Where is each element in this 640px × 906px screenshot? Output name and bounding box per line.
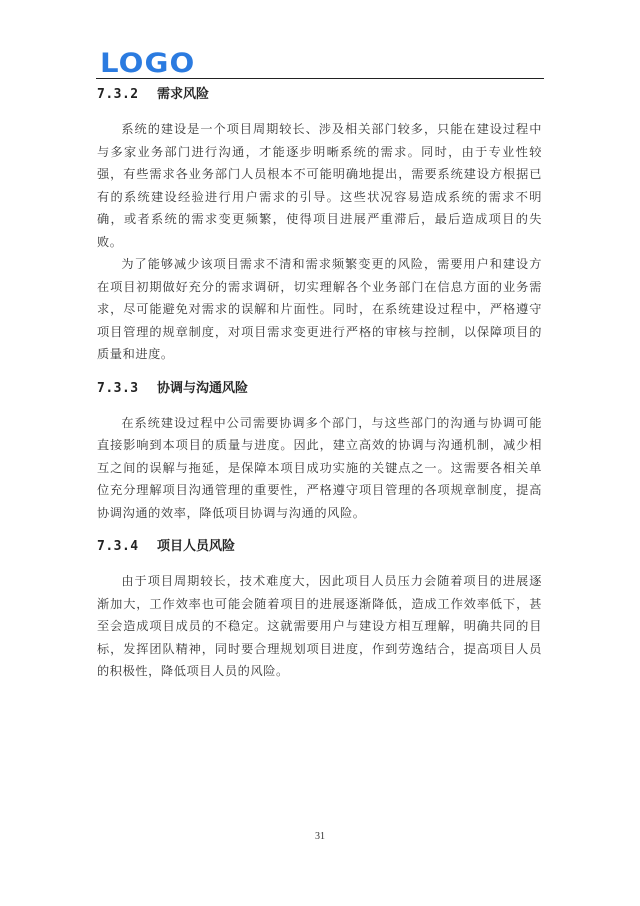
paragraph: 为了能够减少该项目需求不清和需求频繁变更的风险，需要用户和建设方在项目初期做好充… xyxy=(97,253,542,366)
section-coordination-risk: 7.3.3 协调与沟通风险 在系统建设过程中公司需要协调多个部门，与这些部门的沟… xyxy=(97,378,542,525)
section-title: 项目人员风险 xyxy=(157,536,235,558)
section-number: 7.3.3 xyxy=(97,378,157,400)
paragraph: 在系统建设过程中公司需要协调多个部门，与这些部门的沟通与协调可能直接影响到本项目… xyxy=(97,412,542,525)
section-number: 7.3.4 xyxy=(97,536,157,558)
section-personnel-risk: 7.3.4 项目人员风险 由于项目周期较长，技术难度大，因此项目人员压力会随着项… xyxy=(97,536,542,683)
section-requirement-risk: 7.3.2 需求风险 系统的建设是一个项目周期较长、涉及相关部门较多，只能在建设… xyxy=(97,84,542,366)
section-title: 协调与沟通风险 xyxy=(157,378,248,400)
section-heading: 7.3.2 需求风险 xyxy=(97,84,542,106)
paragraph: 由于项目周期较长，技术难度大，因此项目人员压力会随着项目的进展逐渐加大，工作效率… xyxy=(97,570,542,683)
logo: LOGO xyxy=(100,50,195,77)
section-number: 7.3.2 xyxy=(97,84,157,106)
page-number: 31 xyxy=(0,831,640,842)
section-heading: 7.3.3 协调与沟通风险 xyxy=(97,378,542,400)
paragraph: 系统的建设是一个项目周期较长、涉及相关部门较多，只能在建设过程中与多家业务部门进… xyxy=(97,118,542,253)
section-title: 需求风险 xyxy=(157,84,209,106)
document-page: LOGO 7.3.2 需求风险 系统的建设是一个项目周期较长、涉及相关部门较多，… xyxy=(0,0,640,906)
section-heading: 7.3.4 项目人员风险 xyxy=(97,536,542,558)
header-divider xyxy=(96,78,544,79)
page-content: 7.3.2 需求风险 系统的建设是一个项目周期较长、涉及相关部门较多，只能在建设… xyxy=(97,84,542,683)
